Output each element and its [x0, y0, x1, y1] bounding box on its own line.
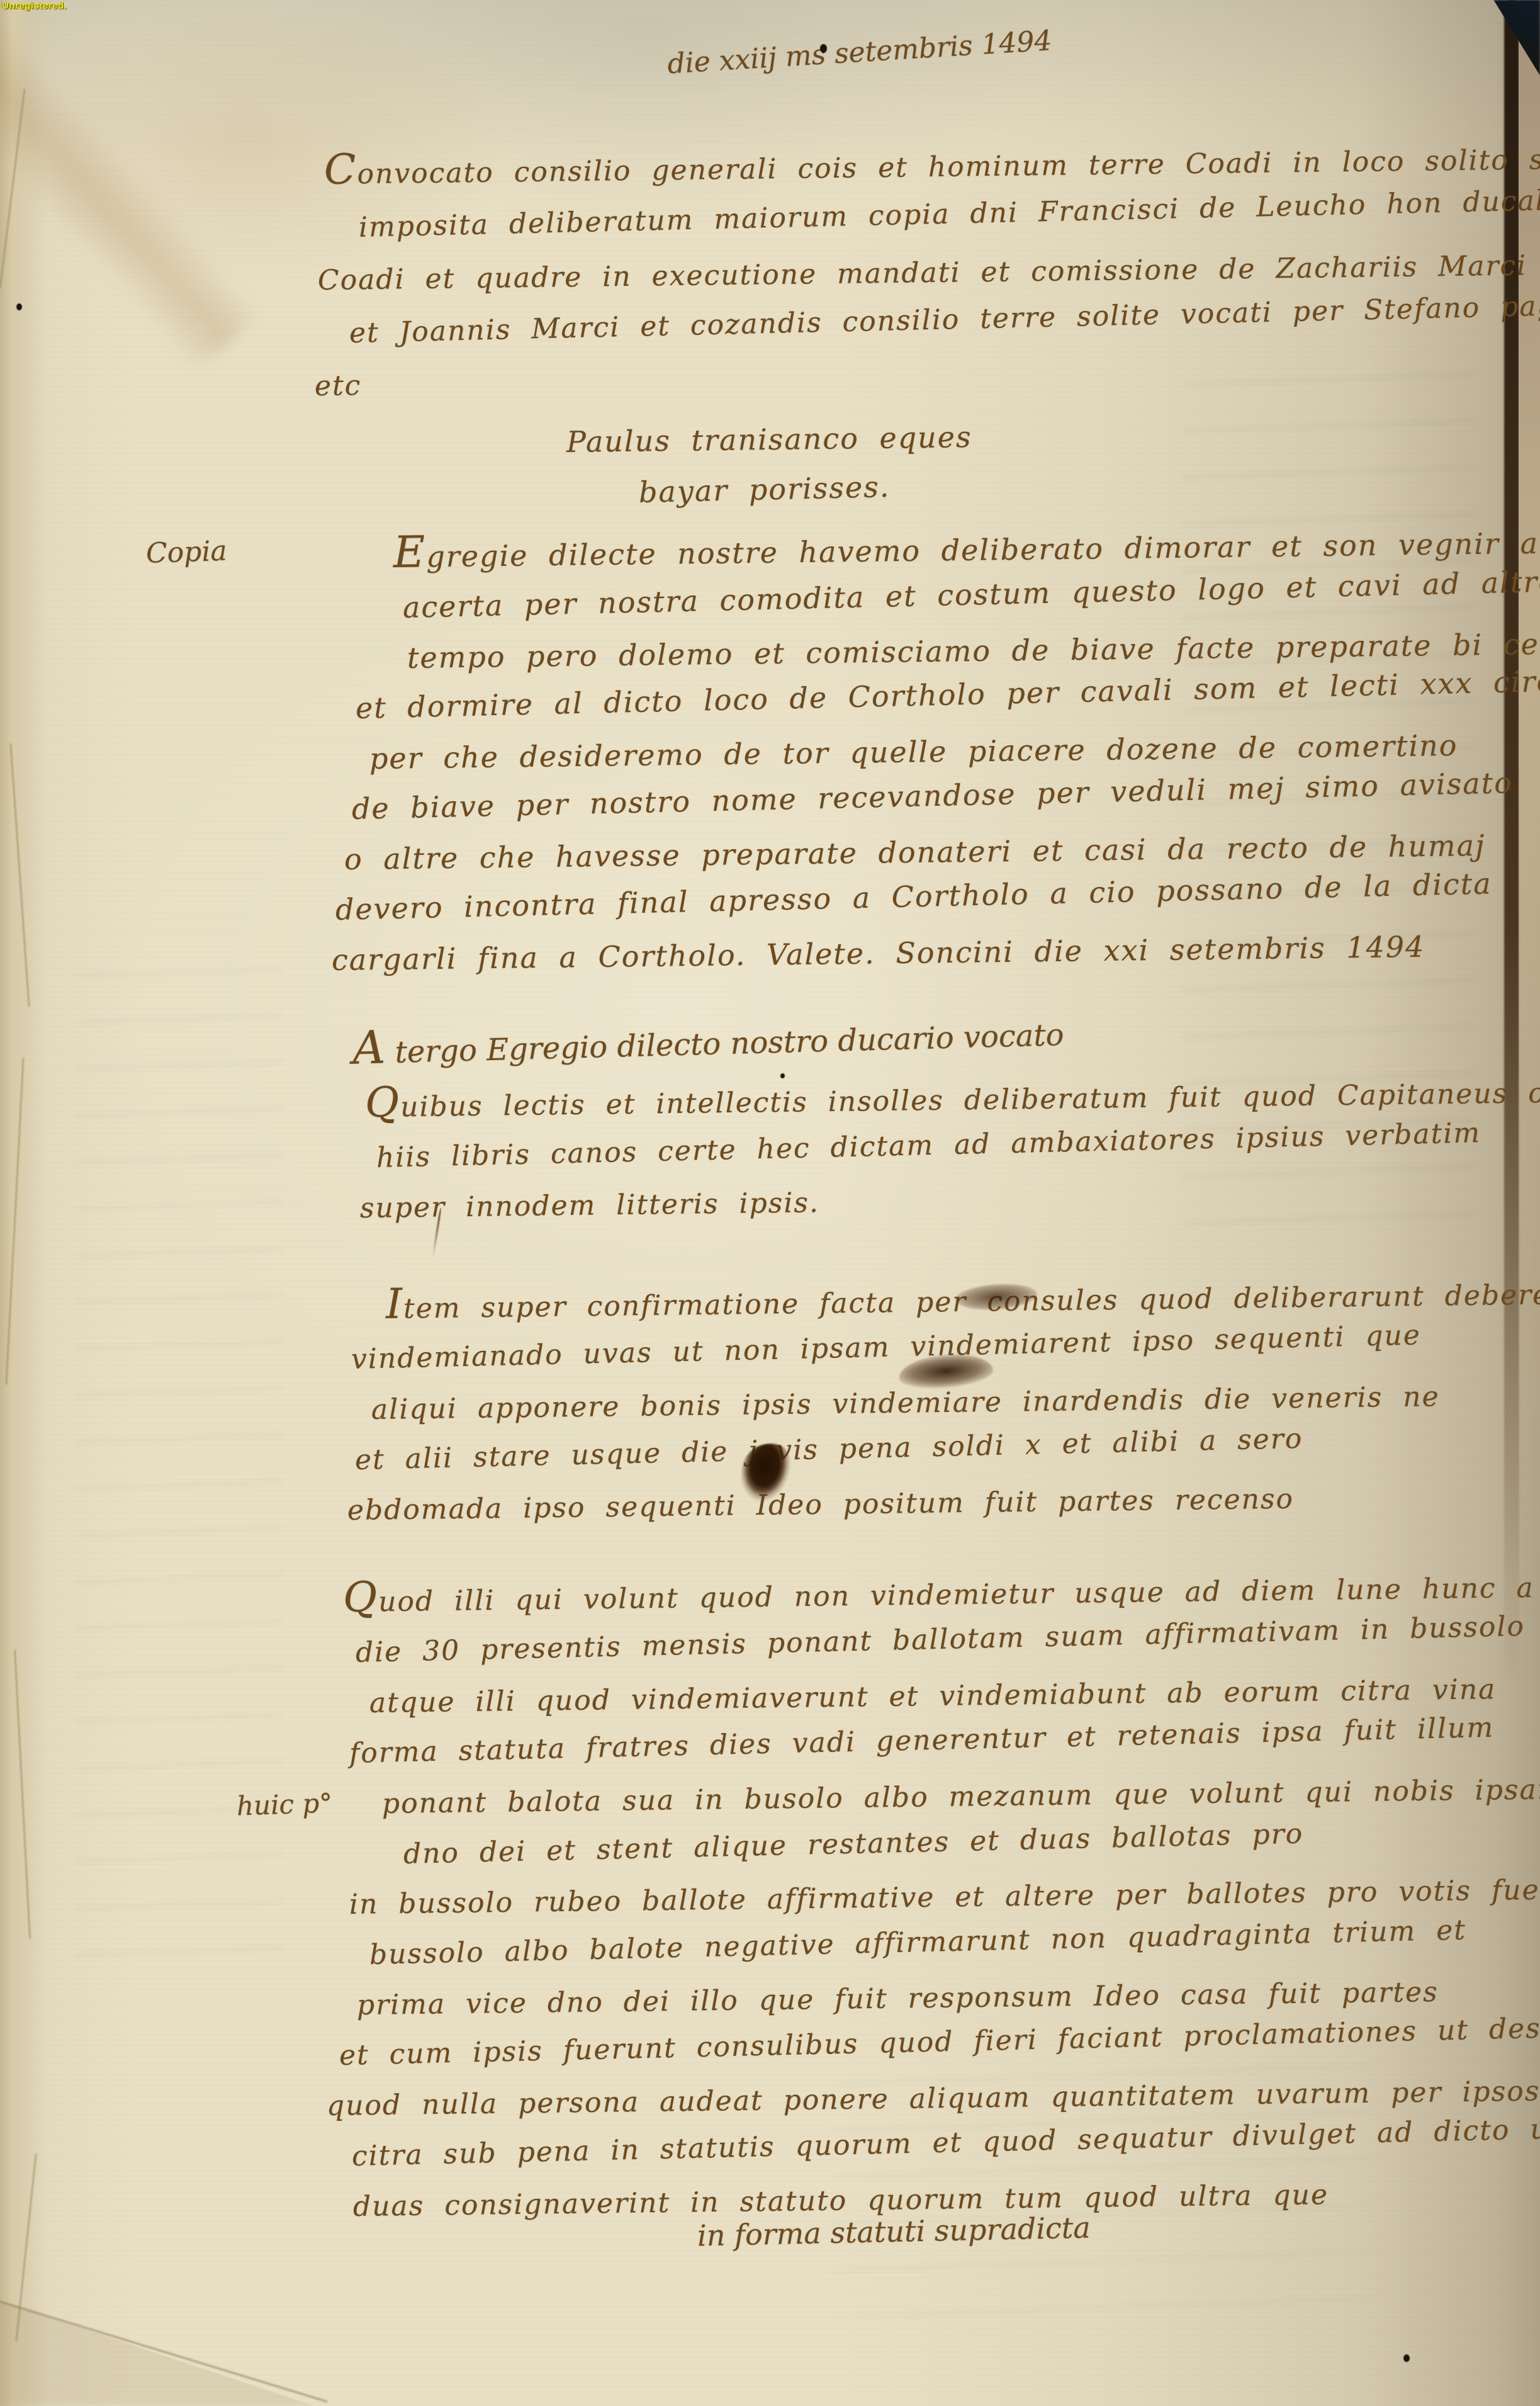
manuscript-scan: Unregistered. die xxiij ms setembris 149…: [0, 0, 1540, 2406]
manuscript-line: Paulus tranisanco eques: [566, 412, 973, 467]
ink-speck: [780, 1073, 785, 1078]
deckle-edge: [0, 0, 49, 2406]
ink-speck: [16, 303, 22, 310]
item-vindemia-paragraph: Item super confirmatione facta per consu…: [351, 1279, 1540, 1536]
heading-date: die xxiij ms setembris 1494: [666, 25, 1053, 80]
quibus-paragraph: Quibus lectis et intellectis insolles de…: [365, 1078, 1540, 1234]
scanner-watermark: Unregistered.: [2, 1, 67, 11]
ink-speck: [1403, 2354, 1410, 2362]
convocation-paragraph: Convocato consilio generali cois et homi…: [318, 144, 1540, 413]
letter-title: Paulus tranisanco eques bayar porisses.: [566, 417, 972, 517]
letter-paragraph: Egregie dilecte nostre havemo deliberato…: [393, 528, 1540, 985]
bottom-left-crease-shadow: [0, 2301, 315, 2406]
a-tergo-line: A tergo Egregio dilecto nostro ducario v…: [352, 1003, 1064, 1075]
bleed-through-smudge: [76, 944, 283, 1983]
ink-speck: [820, 44, 827, 53]
ballot-paragraph: Quod illi qui volunt quod non vindemietu…: [343, 1573, 1540, 2232]
margin-note-huic: huic p°: [236, 1787, 333, 1821]
margin-note-copia: Copia: [145, 535, 227, 570]
manuscript-line: bayar porisses.: [638, 460, 972, 517]
